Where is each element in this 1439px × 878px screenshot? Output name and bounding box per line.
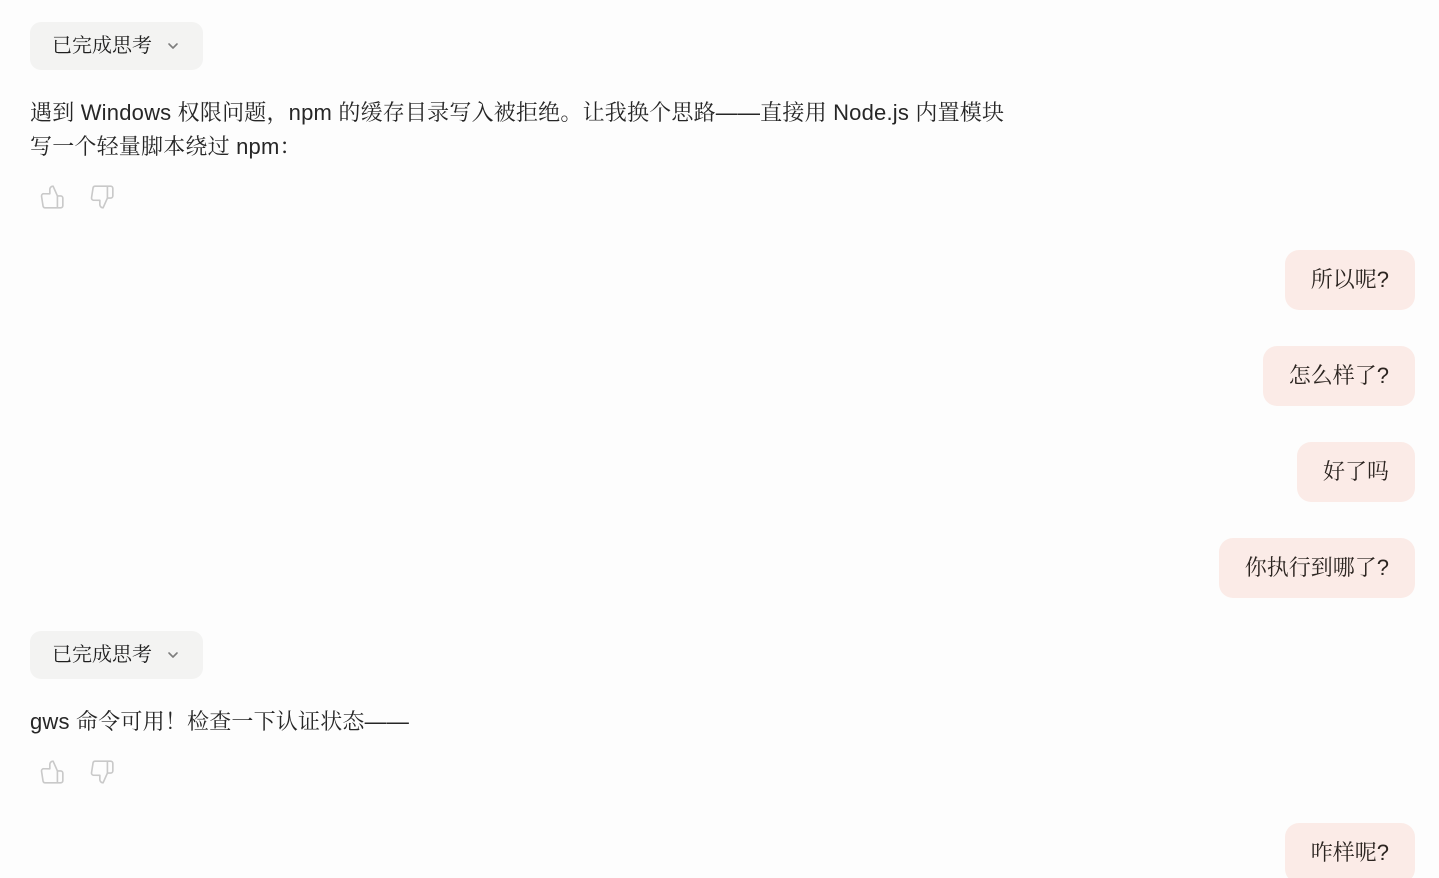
feedback-bar [39, 184, 1439, 210]
user-message-row: 好了吗 [0, 442, 1439, 502]
thought-toggle-button[interactable]: 已完成思考 [30, 22, 203, 70]
message-line: 写一个轻量脚本绕过 npm： [30, 130, 1439, 164]
feedback-bar [39, 759, 1439, 785]
chevron-down-icon [165, 38, 181, 54]
thought-toggle-label: 已完成思考 [52, 36, 152, 56]
message-line: 遇到 Windows 权限问题，npm 的缓存目录写入被拒绝。让我换个思路——直… [30, 96, 1439, 130]
thumbs-up-icon [39, 759, 65, 785]
chat-area: 已完成思考 遇到 Windows 权限问题，npm 的缓存目录写入被拒绝。让我换… [0, 0, 1439, 878]
thumbs-down-icon [89, 759, 115, 785]
thought-toggle-button[interactable]: 已完成思考 [30, 631, 203, 679]
user-message-row: 咋样呢? [0, 823, 1439, 878]
user-message-row: 你执行到哪了? [0, 538, 1439, 598]
assistant-message: 已完成思考 gws 命令可用！检查一下认证状态—— [0, 631, 1439, 785]
user-message-bubble: 咋样呢? [1285, 823, 1415, 878]
thought-toggle-label: 已完成思考 [52, 645, 152, 665]
thumbs-down-button[interactable] [89, 184, 115, 210]
assistant-message-text: gws 命令可用！检查一下认证状态—— [30, 705, 1439, 739]
user-message-row: 怎么样了? [0, 346, 1439, 406]
thumbs-down-icon [89, 184, 115, 210]
user-message-bubble: 怎么样了? [1263, 346, 1415, 406]
message-line: gws 命令可用！检查一下认证状态—— [30, 705, 1439, 739]
user-message-bubble: 好了吗 [1297, 442, 1415, 502]
thumbs-down-button[interactable] [89, 759, 115, 785]
user-message-bubble: 你执行到哪了? [1219, 538, 1415, 598]
thumbs-up-icon [39, 184, 65, 210]
user-message-bubble: 所以呢? [1285, 250, 1415, 310]
user-message-row: 所以呢? [0, 250, 1439, 310]
assistant-message: 已完成思考 遇到 Windows 权限问题，npm 的缓存目录写入被拒绝。让我换… [0, 0, 1439, 210]
assistant-message-text: 遇到 Windows 权限问题，npm 的缓存目录写入被拒绝。让我换个思路——直… [30, 96, 1439, 164]
chevron-down-icon [165, 647, 181, 663]
thumbs-up-button[interactable] [39, 759, 65, 785]
thumbs-up-button[interactable] [39, 184, 65, 210]
